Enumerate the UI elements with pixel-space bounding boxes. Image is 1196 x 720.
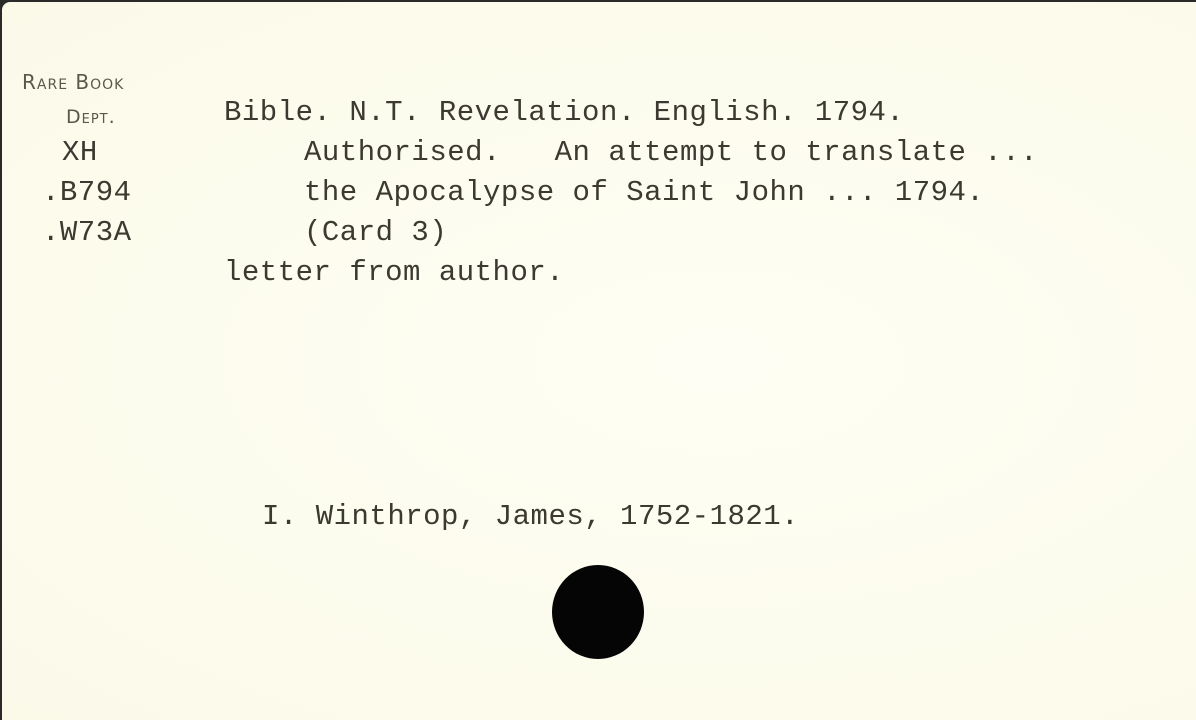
title-line-1: Authorised. An attempt to translate ...: [304, 136, 1038, 169]
call-number-line-2: .B794: [42, 176, 132, 209]
title-line-2: the Apocalypse of Saint John ... 1794.: [304, 176, 984, 209]
catalog-card: Rare Book Dept. XH .B794 .W73A Bible. N.…: [2, 2, 1196, 720]
note: letter from author.: [224, 256, 564, 289]
punch-hole: [552, 565, 644, 659]
call-number-line-1: XH: [62, 136, 98, 169]
rare-book-stamp: Rare Book: [22, 70, 124, 94]
dept-stamp: Dept.: [66, 106, 116, 128]
main-entry: Bible. N.T. Revelation. English. 1794.: [224, 96, 904, 129]
card-number: (Card 3): [304, 216, 447, 249]
call-number-line-3: .W73A: [42, 216, 132, 249]
added-entry: I. Winthrop, James, 1752-1821.: [262, 500, 799, 533]
